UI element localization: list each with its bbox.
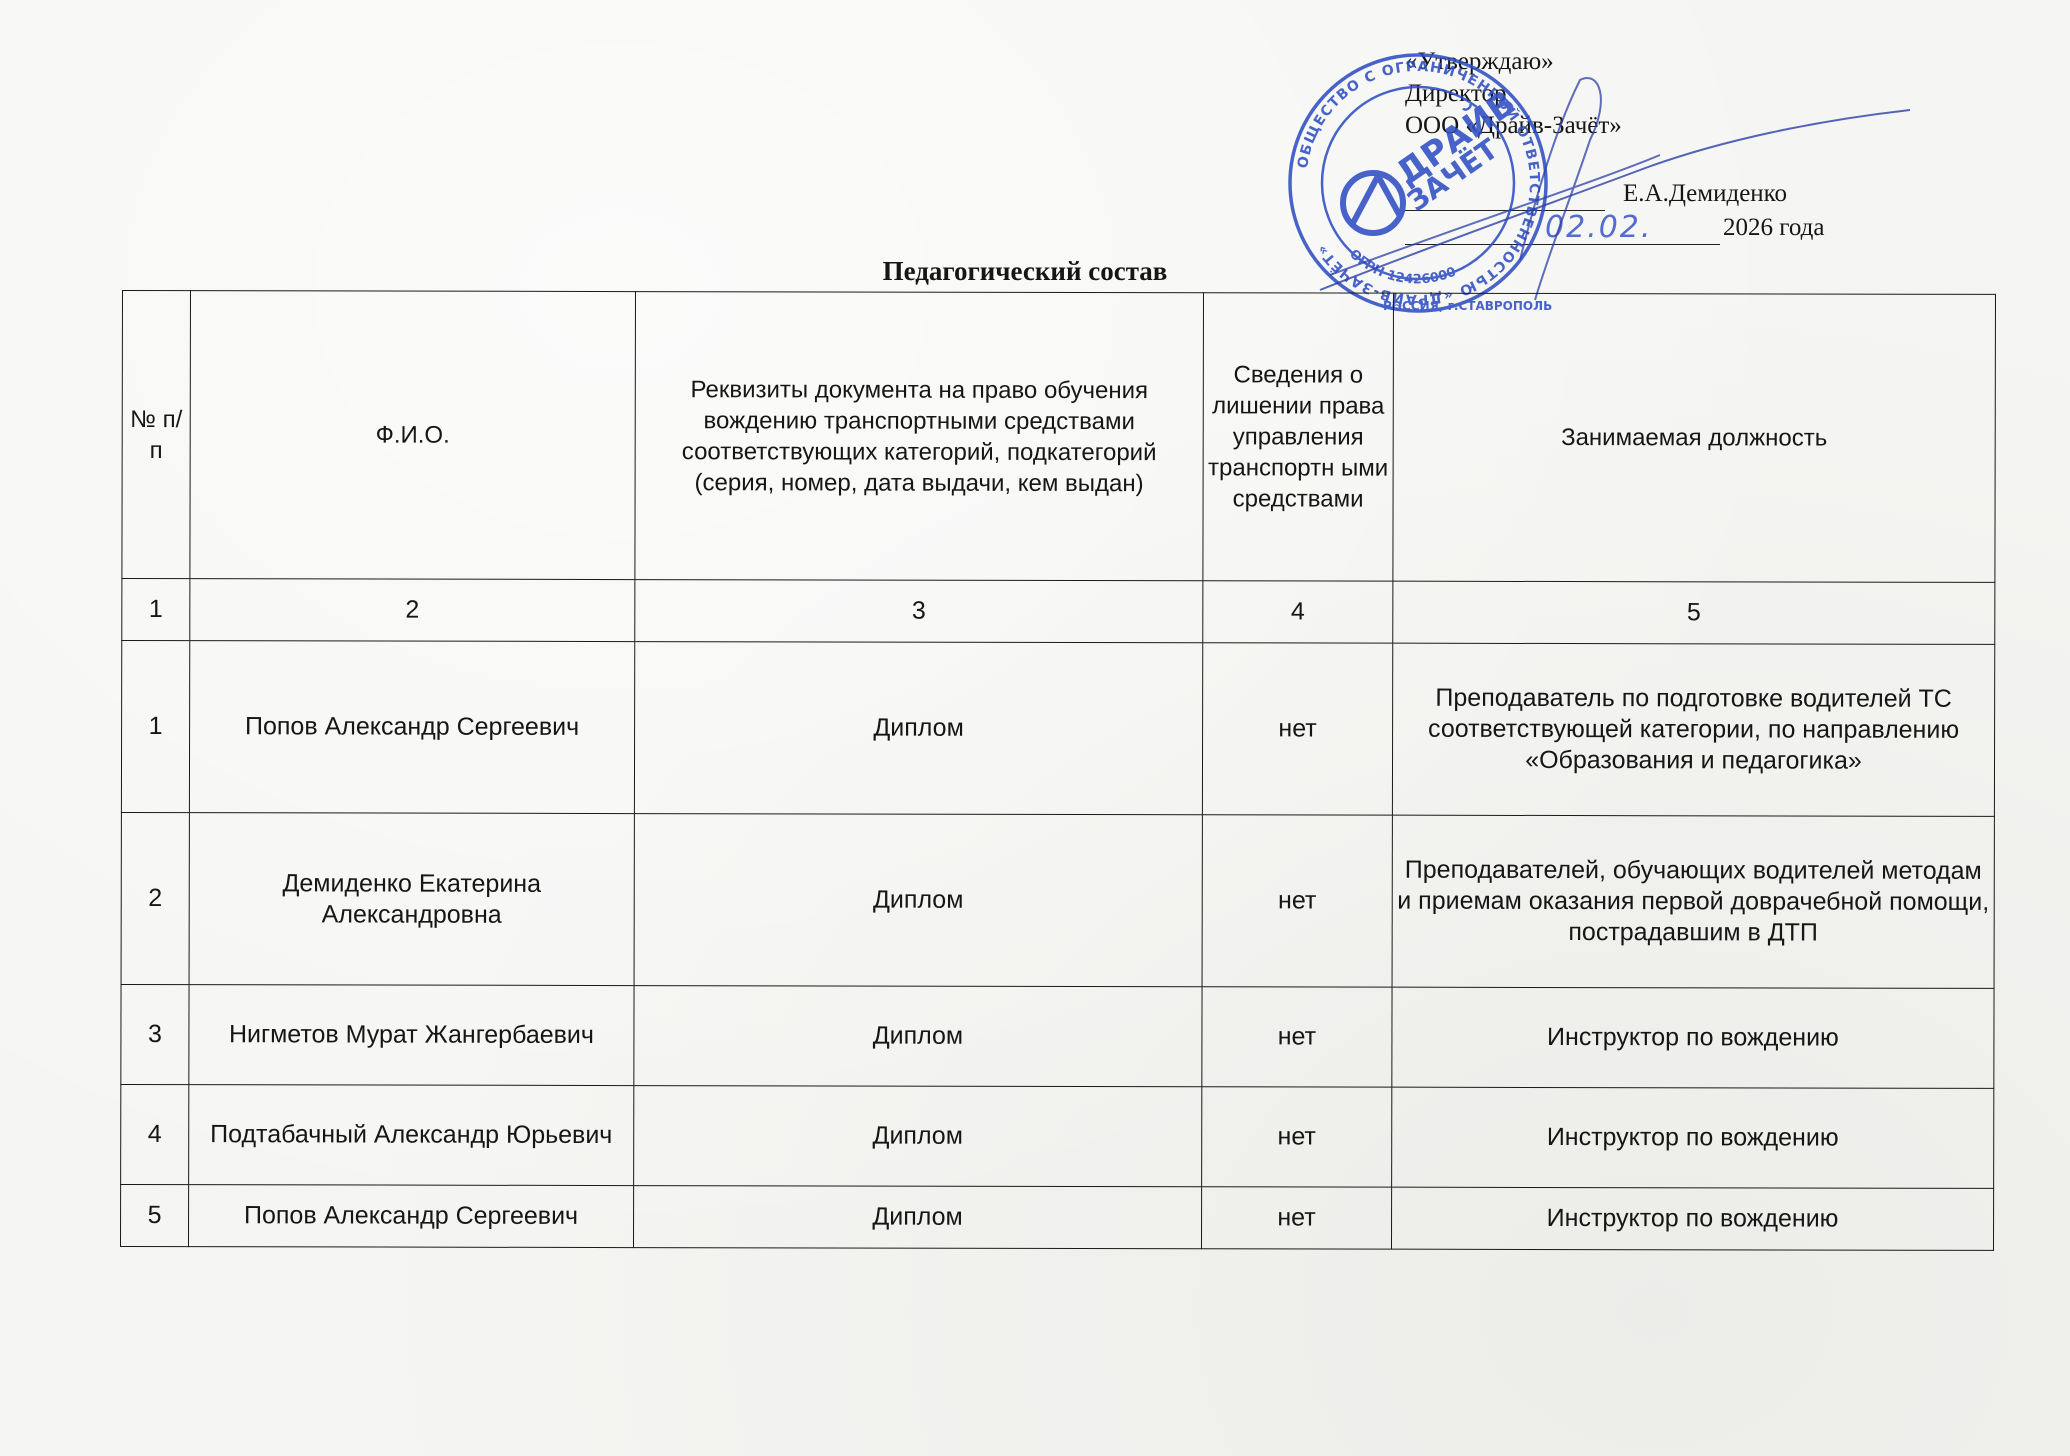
staff-name: Нигметов Мурат Жангербаевич xyxy=(189,985,634,1086)
staff-name: Демиденко Екатерина Александровна xyxy=(189,813,634,986)
staff-name: Попов Александр Сергеевич xyxy=(188,1185,633,1248)
staff-name: Попов Александр Сергеевич xyxy=(189,641,634,814)
document-type: Диплом xyxy=(634,642,1202,815)
header-position: Занимаемая должность xyxy=(1393,293,1996,582)
deprivation-status: нет xyxy=(1202,815,1392,987)
column-number: 4 xyxy=(1203,581,1393,643)
date-year: 2026 года xyxy=(1723,214,1824,242)
handwritten-date: 02.02. xyxy=(1545,210,1652,245)
approval-date: 02.02. 2026 года xyxy=(1405,214,1965,254)
deprivation-status: нет xyxy=(1202,643,1392,815)
column-number: 1 xyxy=(122,579,190,641)
row-number: 2 xyxy=(121,812,189,984)
table-row: 2 Демиденко Екатерина Александровна Дипл… xyxy=(121,812,1994,988)
header-license-deprivation: Сведения о лишении права управления тран… xyxy=(1203,293,1394,581)
staff-position: Инструктор по вождению xyxy=(1392,1087,1994,1188)
approval-role: Директор xyxy=(1405,78,1965,110)
staff-position: Инструктор по вождению xyxy=(1391,1187,1993,1250)
deprivation-status: нет xyxy=(1201,1187,1391,1249)
staff-name: Подтабачный Александр Юрьевич xyxy=(189,1085,634,1186)
approval-heading: «Утверждаю» xyxy=(1405,46,1965,78)
table-row: 3 Нигметов Мурат Жангербаевич Диплом нет… xyxy=(121,984,1994,1088)
column-number: 3 xyxy=(635,580,1203,643)
page-title: Педагогический состав xyxy=(0,256,2070,287)
staff-position: Преподавателей, обучающих водителей мето… xyxy=(1392,815,1994,988)
table-row: 5 Попов Александр Сергеевич Диплом нет И… xyxy=(120,1184,1993,1250)
table-row: 4 Подтабачный Александр Юрьевич Диплом н… xyxy=(121,1084,1994,1188)
table-row: 1 Попов Александр Сергеевич Диплом нет П… xyxy=(121,641,1994,817)
staff-position: Инструктор по вождению xyxy=(1392,987,1994,1088)
table-header-row: № п/п Ф.И.О. Реквизиты документа на прав… xyxy=(122,291,1996,583)
document-type: Диплом xyxy=(633,1186,1201,1249)
column-number: 2 xyxy=(190,579,635,642)
approval-organization: ООО «Драйв-Зачёт» xyxy=(1405,110,1965,142)
document-type: Диплом xyxy=(634,1086,1202,1187)
column-number: 5 xyxy=(1393,581,1995,644)
staff-table: № п/п Ф.И.О. Реквизиты документа на прав… xyxy=(120,290,1996,1251)
signer-name: Е.А.Демиденко xyxy=(1623,180,1787,208)
row-number: 3 xyxy=(121,984,189,1084)
staff-position: Преподаватель по подготовке водителей ТС… xyxy=(1392,643,1994,816)
row-number: 5 xyxy=(120,1184,188,1246)
header-number: № п/п xyxy=(122,291,191,579)
deprivation-status: нет xyxy=(1202,987,1392,1087)
document-type: Диплом xyxy=(634,986,1202,1087)
row-number: 1 xyxy=(121,641,189,813)
header-document-details: Реквизиты документа на право обучения во… xyxy=(635,292,1204,581)
document-page: «Утверждаю» Директор ООО «Драйв-Зачёт» Е… xyxy=(0,0,2070,1456)
approval-block: «Утверждаю» Директор ООО «Драйв-Зачёт» xyxy=(1405,46,1965,142)
header-full-name: Ф.И.О. xyxy=(190,291,636,580)
document-type: Диплом xyxy=(634,814,1202,987)
column-number-row: 1 2 3 4 5 xyxy=(122,579,1995,645)
deprivation-status: нет xyxy=(1202,1087,1392,1187)
row-number: 4 xyxy=(121,1084,189,1184)
